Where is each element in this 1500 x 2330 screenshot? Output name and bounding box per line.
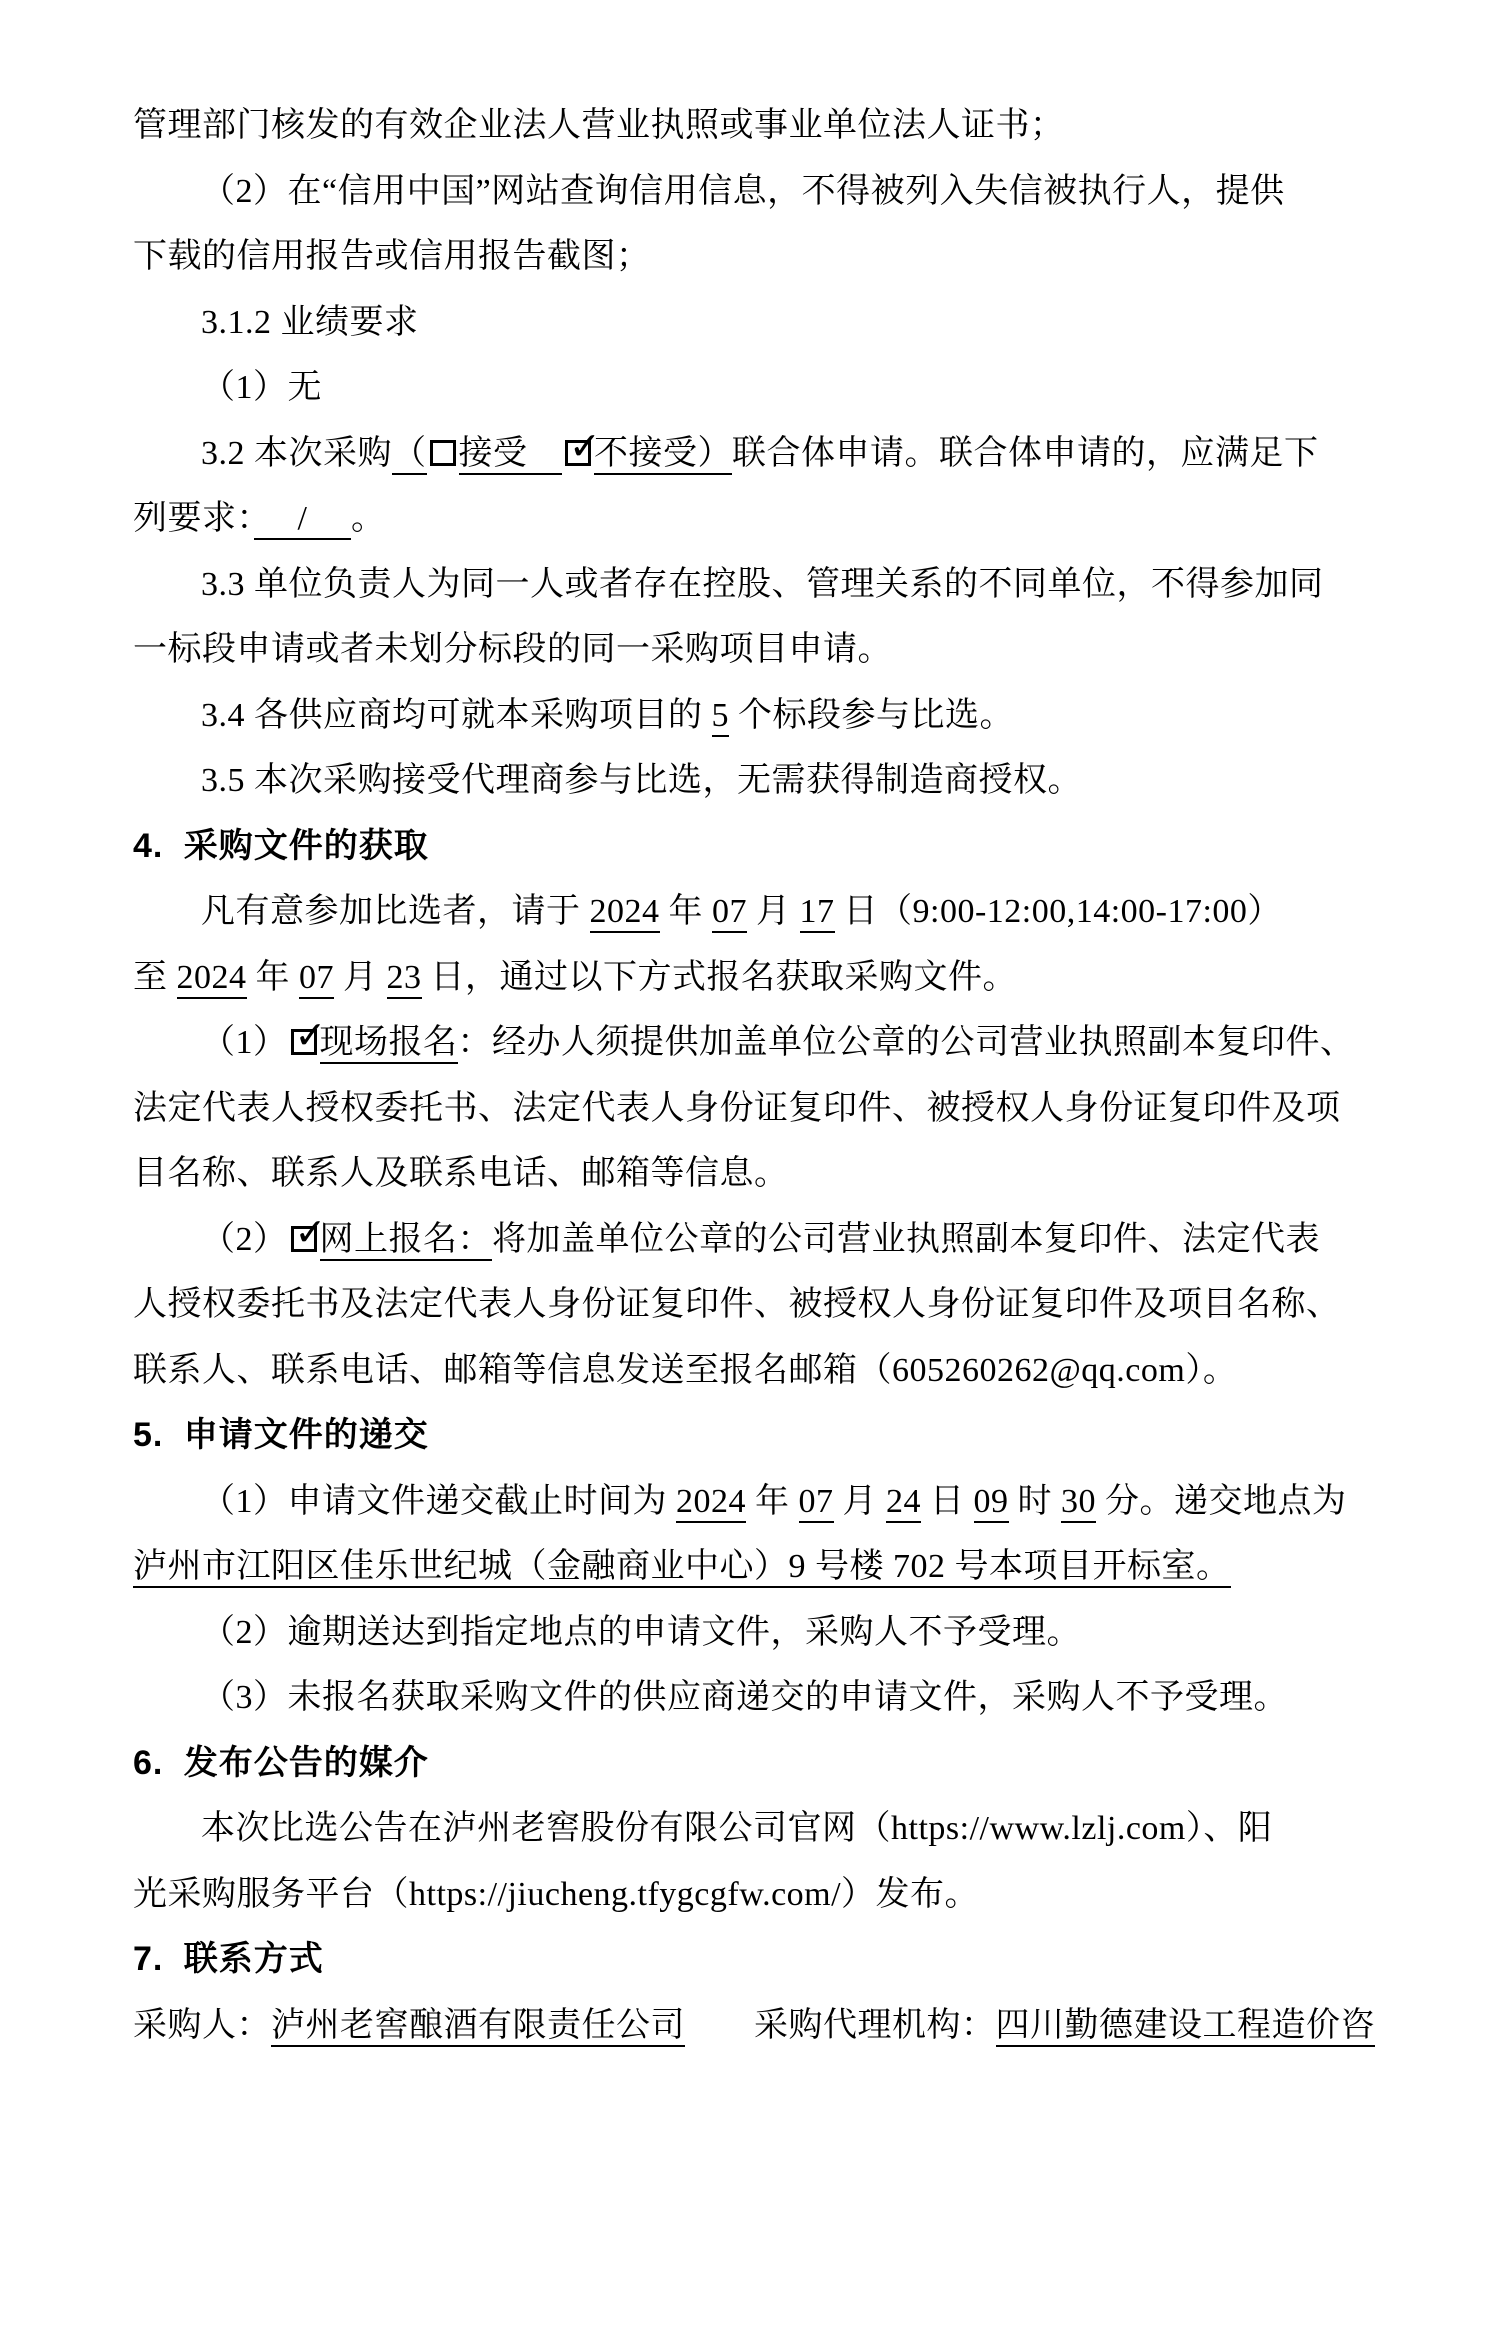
section-heading: 6. 发布公告的媒介: [133, 1731, 1388, 1797]
text-segment: （2）: [201, 1221, 288, 1258]
text-segment: 现场报名: [320, 1024, 458, 1064]
text-segment: 至: [133, 959, 177, 996]
text-segment: 2024: [676, 1483, 746, 1523]
text-segment: 采购人：: [133, 2007, 271, 2044]
text-segment: 30: [1061, 1483, 1096, 1523]
text-segment: 07: [299, 959, 334, 999]
text-segment: 7. 联系方式: [133, 1940, 324, 1978]
text-segment: 年: [746, 1483, 799, 1520]
text-segment: 日（9:00-12:00,14:00-17:00）: [835, 893, 1282, 930]
text-line: 3.3 单位负责人为同一人或者存在控股、管理关系的不同单位，不得参加同: [133, 552, 1388, 618]
text-line: 管理部门核发的有效企业法人营业执照或事业单位法人证书；: [133, 93, 1388, 159]
text-line: 下载的信用报告或信用报告截图；: [133, 224, 1388, 290]
text-segment: （1）申请文件递交截止时间为: [201, 1483, 676, 1520]
text-line: 联系人、联系电话、邮箱等信息发送至报名邮箱（605260262@qq.com）。: [133, 1338, 1388, 1404]
section-heading: 7. 联系方式: [133, 1927, 1388, 1993]
text-segment: 09: [974, 1483, 1009, 1523]
text-segment: （2）逾期送达到指定地点的申请文件，采购人不予受理。: [201, 1614, 1081, 1651]
checkbox-checked-icon: [291, 1226, 317, 1252]
text-line: （3）未报名获取采购文件的供应商递交的申请文件，采购人不予受理。: [133, 1665, 1388, 1731]
text-line: （2）网上报名：将加盖单位公章的公司营业执照副本复印件、法定代表: [133, 1207, 1388, 1273]
text-segment: 3.3 单位负责人为同一人或者存在控股、管理关系的不同单位，不得参加同: [201, 566, 1324, 603]
text-segment: 年: [660, 893, 713, 930]
text-segment: 目名称、联系人及联系电话、邮箱等信息。: [133, 1155, 789, 1192]
text-segment: 联合体申请。联合体申请的，应满足下: [732, 435, 1319, 472]
document-body: 管理部门核发的有效企业法人营业执照或事业单位法人证书；（2）在“信用中国”网站查…: [133, 93, 1388, 2058]
text-segment: 网上报名：: [320, 1221, 493, 1261]
text-line: （1）现场报名：经办人须提供加盖单位公章的公司营业执照副本复印件、: [133, 1010, 1388, 1076]
text-segment: 管理部门核发的有效企业法人营业执照或事业单位法人证书；: [133, 107, 1065, 144]
text-line: 至 2024 年 07 月 23 日，通过以下方式报名获取采购文件。: [133, 945, 1388, 1011]
text-segment: 将加盖单位公章的公司营业执照副本复印件、法定代表: [492, 1221, 1320, 1258]
text-segment: （1）: [201, 1024, 288, 1061]
text-segment: 月: [334, 959, 387, 996]
text-segment: 一标段申请或者未划分标段的同一采购项目申请。: [133, 631, 892, 668]
text-line: 目名称、联系人及联系电话、邮箱等信息。: [133, 1141, 1388, 1207]
text-segment: 4. 采购文件的获取: [133, 827, 429, 865]
text-segment: 3.5 本次采购接受代理商参与比选，无需获得制造商授权。: [201, 762, 1082, 799]
text-segment: 泸州老窖酿酒有限责任公司: [271, 2007, 685, 2047]
text-line: （1）申请文件递交截止时间为 2024 年 07 月 24 日 09 时 30 …: [133, 1469, 1388, 1535]
text-segment: 光采购服务平台（https://jiucheng.tfygcgfw.com/）发…: [133, 1876, 979, 1913]
text-segment: （3）未报名获取采购文件的供应商递交的申请文件，采购人不予受理。: [201, 1679, 1288, 1716]
text-segment: 2024: [177, 959, 247, 999]
text-segment: （: [392, 435, 427, 475]
checkbox-unchecked-icon: [430, 440, 456, 466]
text-segment: 下载的信用报告或信用报告截图；: [133, 238, 651, 275]
text-segment: 个标段参与比选。: [729, 697, 1014, 734]
text-segment: 3.1.2 业绩要求: [201, 304, 419, 341]
text-segment: 不接受）: [594, 435, 732, 475]
text-segment: 时: [1009, 1483, 1062, 1520]
text-segment: 6. 发布公告的媒介: [133, 1744, 429, 1782]
text-line: 采购人：泸州老窖酿酒有限责任公司 采购代理机构：四川勤德建设工程造价咨: [133, 1993, 1388, 2059]
text-segment: 联系人、联系电话、邮箱等信息发送至报名邮箱（605260262@qq.com）。: [133, 1352, 1237, 1389]
text-segment: （1）无: [201, 369, 322, 406]
text-line: （2）在“信用中国”网站查询信用信息，不得被列入失信被执行人，提供: [133, 159, 1388, 225]
text-segment: /: [254, 500, 351, 540]
document-page: 管理部门核发的有效企业法人营业执照或事业单位法人证书；（2）在“信用中国”网站查…: [0, 0, 1500, 2330]
text-segment: ：经办人须提供加盖单位公章的公司营业执照副本复印件、: [458, 1024, 1355, 1061]
text-segment: 07: [712, 893, 747, 933]
section-heading: 4. 采购文件的获取: [133, 814, 1388, 880]
text-segment: 日，通过以下方式报名获取采购文件。: [422, 959, 1018, 996]
text-line: 光采购服务平台（https://jiucheng.tfygcgfw.com/）发…: [133, 1862, 1388, 1928]
text-segment: 5: [712, 697, 730, 737]
text-segment: 列要求：: [133, 500, 254, 537]
text-segment: 法定代表人授权委托书、法定代表人身份证复印件、被授权人身份证复印件及项: [133, 1090, 1341, 1127]
text-line: 本次比选公告在泸州老窖股份有限公司官网（https://www.lzlj.com…: [133, 1796, 1388, 1862]
text-segment: [528, 435, 563, 475]
text-segment: 。: [351, 500, 386, 537]
text-segment: 采购代理机构：: [685, 2007, 996, 2044]
text-segment: 年: [247, 959, 300, 996]
checkbox-checked-icon: [291, 1029, 317, 1055]
text-segment: 本次比选公告在泸州老窖股份有限公司官网（https://www.lzlj.com…: [201, 1810, 1272, 1847]
text-segment: 07: [799, 1483, 834, 1523]
text-line: 一标段申请或者未划分标段的同一采购项目申请。: [133, 617, 1388, 683]
text-segment: 5. 申请文件的递交: [133, 1416, 429, 1454]
text-segment: 分。递交地点为: [1096, 1483, 1347, 1520]
text-line: 法定代表人授权委托书、法定代表人身份证复印件、被授权人身份证复印件及项: [133, 1076, 1388, 1142]
text-line: 3.4 各供应商均可就本采购项目的 5 个标段参与比选。: [133, 683, 1388, 749]
text-line: 泸州市江阳区佳乐世纪城（金融商业中心）9 号楼 702 号本项目开标室。: [133, 1534, 1388, 1600]
text-line: 3.5 本次采购接受代理商参与比选，无需获得制造商授权。: [133, 748, 1388, 814]
text-segment: 月: [747, 893, 800, 930]
text-segment: 人授权委托书及法定代表人身份证复印件、被授权人身份证复印件及项目名称、: [133, 1286, 1341, 1323]
text-segment: 凡有意参加比选者，请于: [201, 893, 590, 930]
text-segment: 2024: [590, 893, 660, 933]
text-segment: 17: [800, 893, 835, 933]
text-segment: （2）在“信用中国”网站查询信用信息，不得被列入失信被执行人，提供: [201, 173, 1285, 210]
text-segment: 泸州市江阳区佳乐世纪城（金融商业中心）9 号楼 702 号本项目开标室。: [133, 1548, 1231, 1588]
text-line: 3.2 本次采购（接受 不接受）联合体申请。联合体申请的，应满足下: [133, 421, 1388, 487]
text-line: 凡有意参加比选者，请于 2024 年 07 月 17 日（9:00-12:00,…: [133, 879, 1388, 945]
text-segment: 日: [921, 1483, 974, 1520]
text-line: 3.1.2 业绩要求: [133, 290, 1388, 356]
text-line: 人授权委托书及法定代表人身份证复印件、被授权人身份证复印件及项目名称、: [133, 1272, 1388, 1338]
section-heading: 5. 申请文件的递交: [133, 1403, 1388, 1469]
text-segment: 24: [886, 1483, 921, 1523]
text-line: （2）逾期送达到指定地点的申请文件，采购人不予受理。: [133, 1600, 1388, 1666]
checkbox-checked-icon: [565, 440, 591, 466]
text-segment: 月: [834, 1483, 887, 1520]
text-segment: 23: [387, 959, 422, 999]
text-segment: 3.2 本次采购: [201, 435, 392, 472]
text-line: 列要求： / 。: [133, 486, 1388, 552]
text-segment: 接受: [459, 435, 528, 475]
text-line: （1）无: [133, 355, 1388, 421]
text-segment: 3.4 各供应商均可就本采购项目的: [201, 697, 712, 734]
text-segment: 四川勤德建设工程造价咨: [996, 2007, 1376, 2047]
